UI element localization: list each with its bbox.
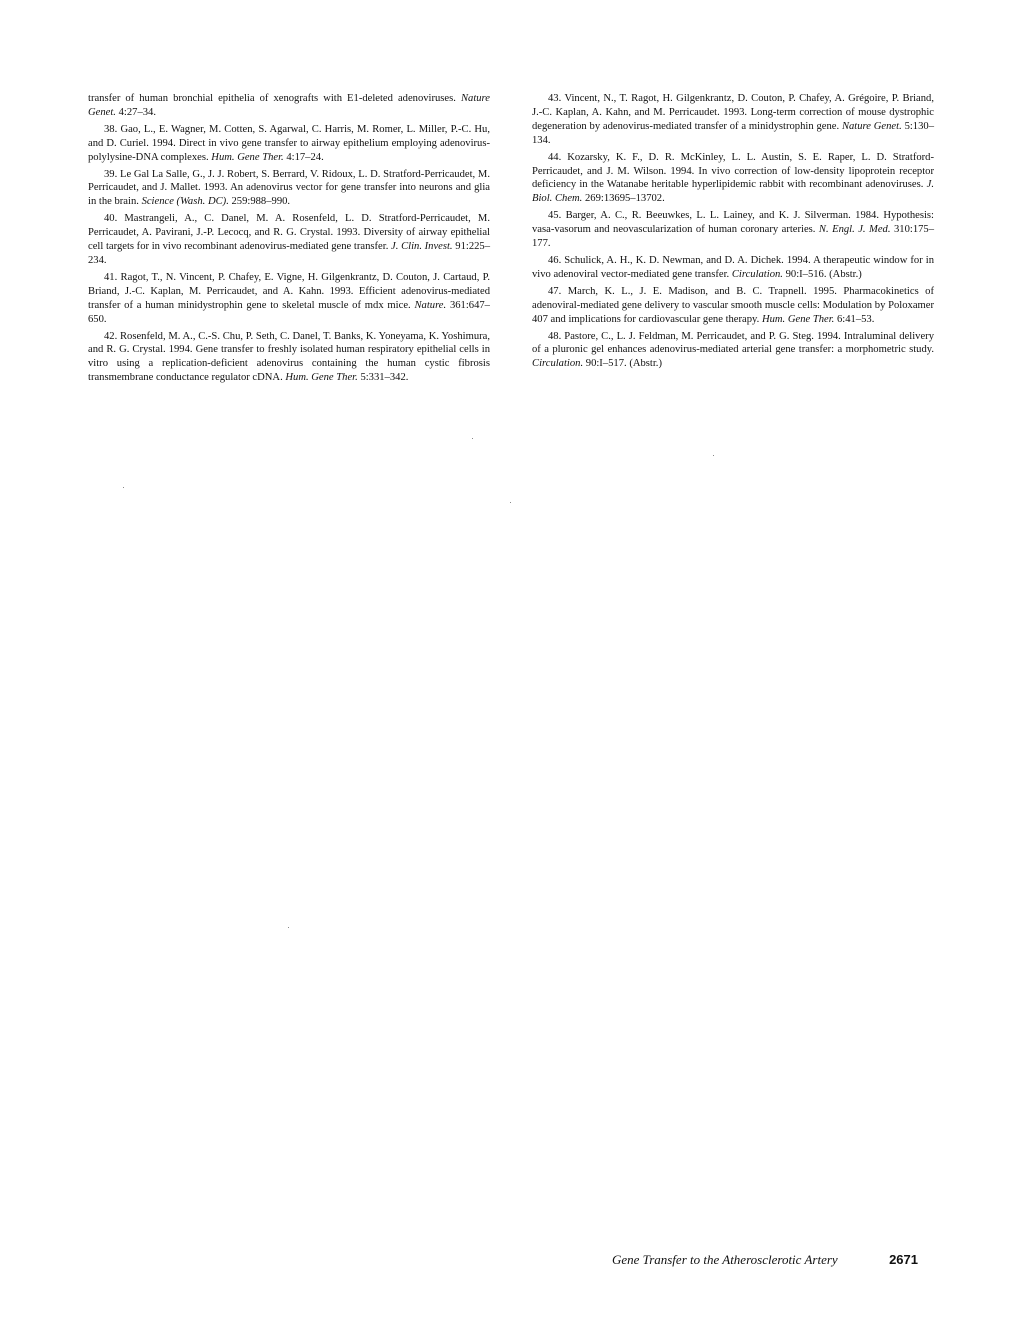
ref-number: 38.: [104, 124, 117, 135]
scan-speck: [288, 927, 289, 928]
ref-journal: Nature Genet.: [842, 121, 902, 132]
scan-speck: [123, 487, 124, 488]
reference-41: 41. Ragot, T., N. Vincent, P. Chafey, E.…: [88, 271, 490, 327]
running-title: Gene Transfer to the Atherosclerotic Art…: [612, 1252, 838, 1267]
ref-cite: 4:17–24.: [286, 152, 323, 163]
reference-37-continued: transfer of human bronchial epithelia of…: [88, 92, 490, 120]
ref-cite: 6:41–53.: [837, 314, 874, 325]
reference-47: 47. March, K. L., J. E. Madison, and B. …: [532, 285, 934, 327]
ref-number: 41.: [104, 272, 117, 283]
reference-48: 48. Pastore, C., L. J. Feldman, M. Perri…: [532, 330, 934, 372]
ref-cite: 5:331–342.: [360, 372, 408, 383]
reference-44: 44. Kozarsky, K. F., D. R. McKinley, L. …: [532, 151, 934, 207]
ref-journal: Hum. Gene Ther.: [211, 152, 283, 163]
scan-speck: [472, 438, 473, 439]
ref-journal: Hum. Gene Ther.: [285, 372, 357, 383]
ref-number: 40.: [104, 213, 117, 224]
ref-authors: Pastore, C., L. J. Feldman, M. Perricaud…: [532, 331, 934, 356]
left-column: transfer of human bronchial epithelia of…: [88, 92, 490, 388]
ref-number: 45.: [548, 210, 561, 221]
reference-39: 39. Le Gal La Salle, G., J. J. Robert, S…: [88, 168, 490, 210]
ref-journal: Nature.: [414, 300, 446, 311]
reference-42: 42. Rosenfeld, M. A., C.-S. Chu, P. Seth…: [88, 330, 490, 386]
page-footer: Gene Transfer to the Atherosclerotic Art…: [612, 1252, 918, 1268]
page-number: 2671: [889, 1252, 918, 1267]
ref-journal: J. Clin. Invest.: [391, 241, 453, 252]
ref-journal: Circulation.: [532, 358, 583, 369]
ref-cite: 259:988–990.: [232, 196, 291, 207]
reference-40: 40. Mastrangeli, A., C. Danel, M. A. Ros…: [88, 212, 490, 268]
ref-number: 47.: [548, 286, 561, 297]
ref-number: 43.: [548, 93, 561, 104]
ref-journal: N. Engl. J. Med.: [819, 224, 891, 235]
ref-journal: Hum. Gene Ther.: [762, 314, 834, 325]
ref-number: 39.: [104, 169, 117, 180]
reference-43: 43. Vincent, N., T. Ragot, H. Gilgenkran…: [532, 92, 934, 148]
ref-cite: 90:I–516. (Abstr.): [786, 269, 862, 280]
ref-journal: Science (Wash. DC).: [142, 196, 229, 207]
ref-number: 44.: [548, 152, 561, 163]
ref-authors: transfer of human bronchial epithelia of…: [88, 93, 456, 104]
reference-38: 38. Gao, L., E. Wagner, M. Cotten, S. Ag…: [88, 123, 490, 165]
right-column: 43. Vincent, N., T. Ragot, H. Gilgenkran…: [532, 92, 934, 374]
scan-speck: [510, 502, 511, 503]
ref-journal: Circulation.: [732, 269, 783, 280]
ref-cite: 269:13695–13702.: [585, 193, 665, 204]
reference-46: 46. Schulick, A. H., K. D. Newman, and D…: [532, 254, 934, 282]
ref-number: 46.: [548, 255, 561, 266]
ref-cite: 90:I–517. (Abstr.): [586, 358, 662, 369]
reference-45: 45. Barger, A. C., R. Beeuwkes, L. L. La…: [532, 209, 934, 251]
ref-number: 42.: [104, 331, 117, 342]
ref-cite: 4:27–34.: [119, 107, 156, 118]
ref-authors: Kozarsky, K. F., D. R. McKinley, L. L. A…: [532, 152, 934, 191]
scan-speck: [713, 455, 714, 456]
ref-number: 48.: [548, 331, 561, 342]
